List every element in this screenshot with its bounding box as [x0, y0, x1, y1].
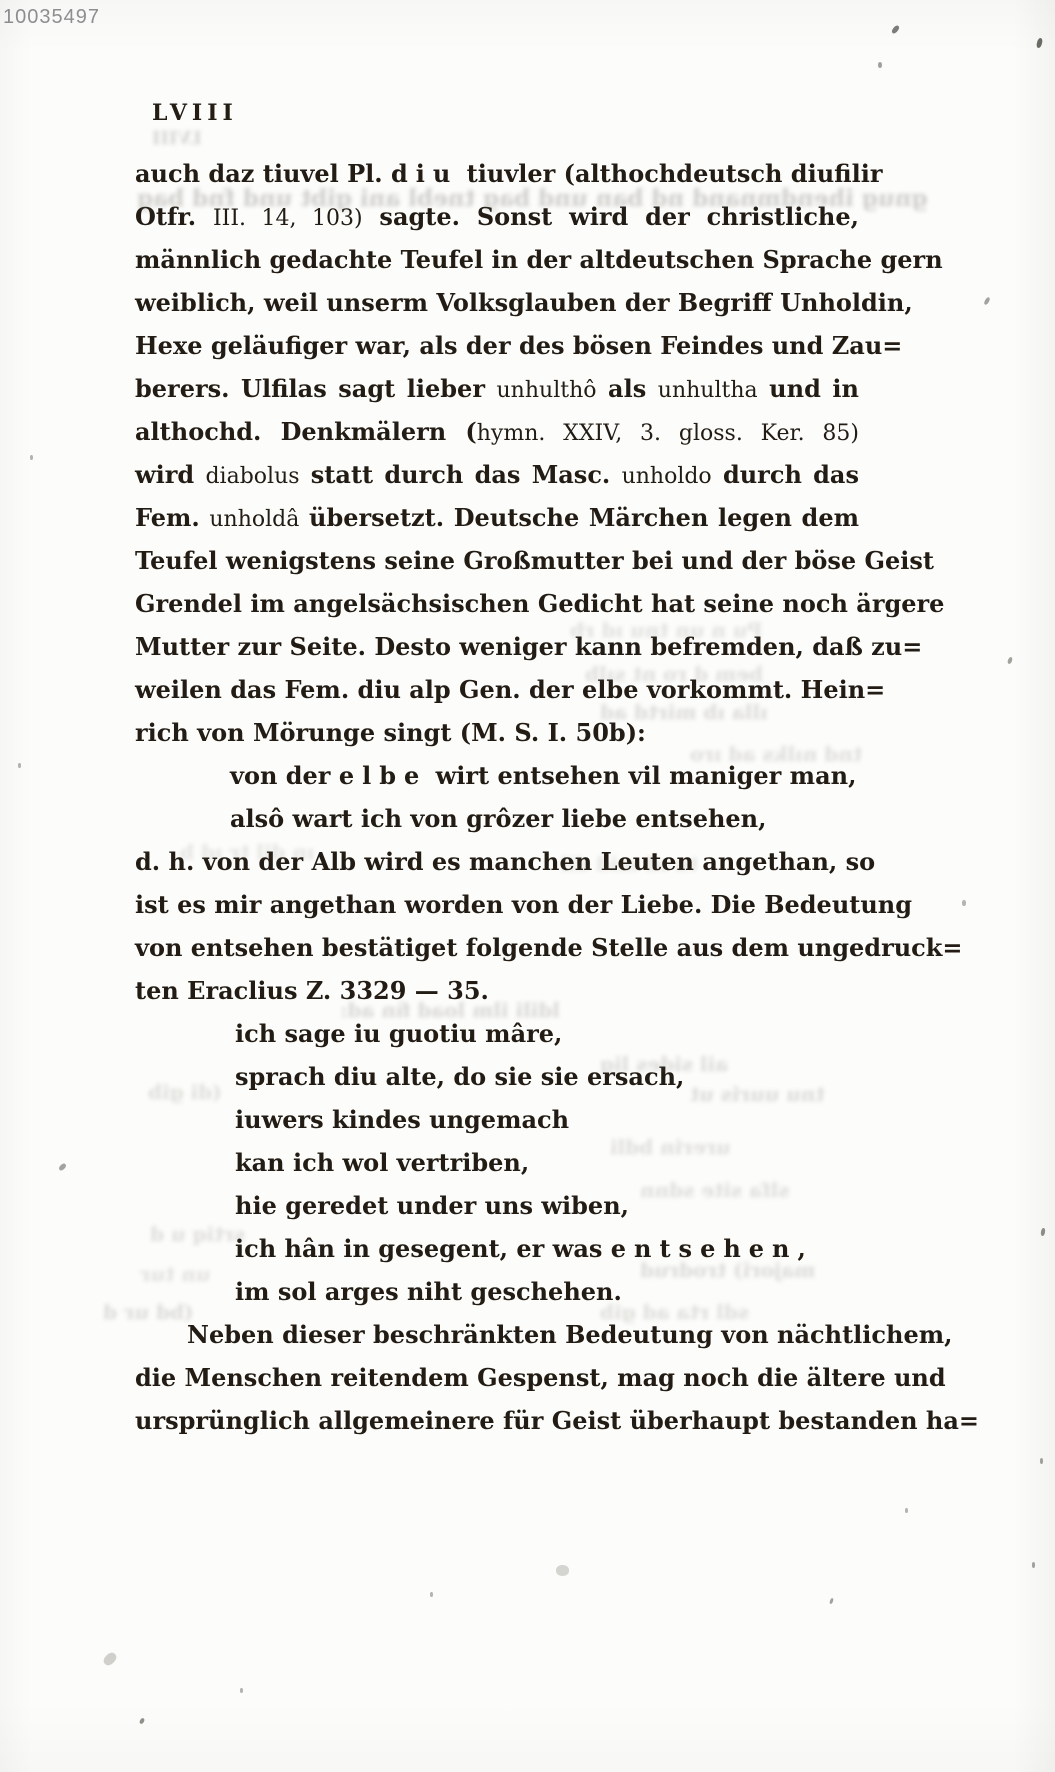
text-line: weiblich, weil unserm Volksglauben der B… — [135, 281, 859, 324]
fraktur-text: kan ich wol vertriben, — [235, 1148, 529, 1177]
text-line: Mutter zur Seite. Desto weniger kann bef… — [135, 625, 859, 668]
text-line: im sol arges niht geschehen. — [135, 1270, 859, 1313]
fraktur-text: durch das — [712, 460, 859, 489]
fraktur-text: weilen das Fem. diu alp Gen. der elbe vo… — [135, 675, 885, 704]
scan-speck — [983, 297, 990, 306]
scanned-book-page: 10035497 LVIII auch daz tiuvel Pl. diu t… — [0, 0, 1055, 1772]
scan-speck — [1040, 1458, 1043, 1464]
scan-speck — [1040, 1228, 1045, 1237]
fraktur-text: berers. Ulfilas sagt lieber — [135, 374, 497, 403]
scan-speck — [878, 62, 882, 68]
antiqua-text: unholdâ — [209, 507, 299, 532]
fraktur-text: ich sage iu guotiu mâre, — [235, 1019, 562, 1048]
text-line: hie geredet under uns wiben, — [135, 1184, 859, 1227]
fraktur-text: sagte. Sonst wird der christliche, — [363, 202, 859, 231]
spaced-emphasis-text: entsehen — [611, 1234, 798, 1263]
fraktur-text: und in — [758, 374, 859, 403]
text-line: alsô wart ich von grôzer liebe entsehen, — [135, 797, 859, 840]
text-line: von entsehen bestätiget folgende Stelle … — [135, 926, 859, 969]
scan-speck — [891, 24, 901, 34]
scan-speck — [905, 1508, 908, 1513]
text-line: Hexe geläufiger war, als der des bösen F… — [135, 324, 859, 367]
scan-id-stamp: 10035497 — [3, 6, 100, 29]
text-line: rich von Mörunge singt (M. S. I. 50b): — [135, 711, 859, 754]
fraktur-text: wirt entsehen vil maniger man, — [427, 761, 856, 790]
text-line: althochd. Denkmälern (hymn. XXIV, 3. glo… — [135, 410, 859, 453]
fraktur-text: , — [798, 1234, 806, 1263]
fraktur-text: Mutter zur Seite. Desto weniger kann bef… — [135, 632, 922, 661]
antiqua-text: unhultha — [658, 378, 758, 403]
fraktur-text: d. h. von der Alb wird es manchen Leuten… — [135, 847, 875, 876]
fraktur-text: Grendel im angelsächsischen Gedicht hat … — [135, 589, 944, 618]
scan-speck — [102, 1651, 119, 1668]
text-line: Grendel im angelsächsischen Gedicht hat … — [135, 582, 859, 625]
antiqua-text: unhulthô — [497, 378, 597, 403]
fraktur-text: tiuvler (althochdeutsch diufilir — [458, 159, 882, 188]
scan-speck — [58, 1162, 67, 1171]
fraktur-text: sprach diu alte, do sie sie ersach, — [235, 1062, 684, 1091]
fraktur-text: ist es mir angethan worden von der Liebe… — [135, 890, 912, 919]
text-line: ich sage iu guotiu mâre, — [135, 1012, 859, 1055]
text-line: Neben dieser beschränkten Bedeutung von … — [135, 1313, 859, 1356]
text-line: wird diabolus statt durch das Masc. unho… — [135, 453, 859, 496]
text-line: sprach diu alte, do sie sie ersach, — [135, 1055, 859, 1098]
fraktur-text: hie geredet under uns wiben, — [235, 1191, 629, 1220]
fraktur-text: Hexe geläufiger war, als der des bösen F… — [135, 331, 902, 360]
fraktur-text: als — [596, 374, 657, 403]
text-line: weilen das Fem. diu alp Gen. der elbe vo… — [135, 668, 859, 711]
scan-speck — [240, 1688, 243, 1693]
spaced-emphasis-text: diu — [391, 159, 458, 188]
fraktur-text: weiblich, weil unserm Volksglauben der B… — [135, 288, 913, 317]
scan-speck — [556, 1565, 569, 1576]
text-line: ist es mir angethan worden von der Liebe… — [135, 883, 859, 926]
text-line: männlich gedachte Teufel in der altdeuts… — [135, 238, 859, 281]
scan-speck — [139, 1717, 145, 1724]
text-line: ten Eraclius Z. 3329 — 35. — [135, 969, 859, 1012]
text-line: berers. Ulfilas sagt lieber unhulthô als… — [135, 367, 859, 410]
fraktur-text: männlich gedachte Teufel in der altdeuts… — [135, 245, 943, 274]
fraktur-text: übersetzt. Deutsche Märchen legen dem — [299, 503, 859, 532]
antiqua-text: III. 14, 103) — [213, 206, 363, 231]
fraktur-text: auch daz tiuvel Pl. — [135, 159, 391, 188]
fraktur-text: Otfr. — [135, 202, 213, 231]
scan-speck — [1032, 1562, 1035, 1568]
fraktur-text: von der — [230, 761, 339, 790]
text-line: iuwers kindes ungemach — [135, 1098, 859, 1141]
fraktur-text: die Menschen reitendem Gespenst, mag noc… — [135, 1363, 946, 1392]
fraktur-text: Neben dieser beschränkten Bedeutung von … — [187, 1320, 952, 1349]
fraktur-text: von entsehen bestätiget folgende Stelle … — [135, 933, 963, 962]
antiqua-text: diabolus — [205, 464, 299, 489]
antiqua-text: unholdo — [622, 464, 712, 489]
scan-speck — [829, 1598, 834, 1605]
spaced-emphasis-text: elbe — [339, 761, 427, 790]
text-line: d. h. von der Alb wird es manchen Leuten… — [135, 840, 859, 883]
text-line: auch daz tiuvel Pl. diu tiuvler (althoch… — [135, 152, 859, 195]
text-line: von der elbe wirt entsehen vil maniger m… — [135, 754, 859, 797]
scan-speck — [30, 455, 33, 460]
fraktur-text: im sol arges niht geschehen. — [235, 1277, 622, 1306]
text-line: Fem. unholdâ übersetzt. Deutsche Märchen… — [135, 496, 859, 539]
text-line: ich hân in gesegent, er was entsehen, — [135, 1227, 859, 1270]
scan-speck — [962, 900, 966, 906]
antiqua-text: hymn. XXIV, 3. gloss. Ker. 85) — [477, 421, 859, 446]
text-line: Teufel wenigstens seine Großmutter bei u… — [135, 539, 859, 582]
scan-speck — [430, 1592, 433, 1597]
fraktur-text: iuwers kindes ungemach — [235, 1105, 569, 1134]
page-text-block: auch daz tiuvel Pl. diu tiuvler (althoch… — [135, 152, 859, 1442]
fraktur-text: alsô wart ich von grôzer liebe entsehen, — [230, 804, 766, 833]
bleedthrough-text: LVIII — [152, 128, 202, 149]
fraktur-text: Teufel wenigstens seine Großmutter bei u… — [135, 546, 934, 575]
text-line: die Menschen reitendem Gespenst, mag noc… — [135, 1356, 859, 1399]
scan-speck — [1036, 38, 1043, 49]
fraktur-text: althochd. Denkmälern ( — [135, 417, 477, 446]
fraktur-text: statt durch das Masc. — [300, 460, 622, 489]
fraktur-text: Fem. — [135, 503, 209, 532]
fraktur-text: rich von Mörunge singt (M. S. I. 50b): — [135, 718, 646, 747]
fraktur-text: ich hân in gesegent, er was — [235, 1234, 611, 1263]
text-line: kan ich wol vertriben, — [135, 1141, 859, 1184]
scan-speck — [1007, 657, 1013, 665]
page-number-roman: LVIII — [152, 100, 238, 126]
fraktur-text: ursprünglich allgemeinere für Geist über… — [135, 1406, 979, 1435]
fraktur-text: wird — [135, 460, 205, 489]
text-line: Otfr. III. 14, 103) sagte. Sonst wird de… — [135, 195, 859, 238]
scan-speck — [18, 763, 21, 768]
text-line: ursprünglich allgemeinere für Geist über… — [135, 1399, 859, 1442]
fraktur-text: ten Eraclius Z. 3329 — 35. — [135, 976, 489, 1005]
